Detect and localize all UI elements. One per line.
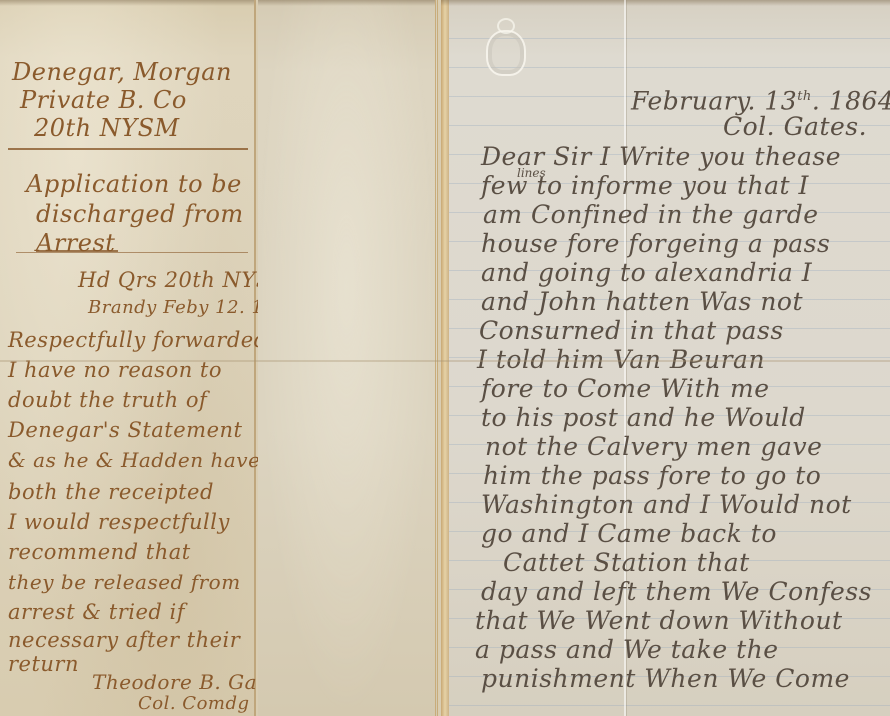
letter-line: go and I Came back to <box>481 519 777 548</box>
docket-name: Denegar, Morgan <box>12 58 232 86</box>
letter-line: house fore forgeing a pass <box>481 229 830 258</box>
letter-line: not the Calvery men gave <box>485 432 822 461</box>
letter-line: him the pass fore to go to <box>483 461 821 490</box>
letter-date: February. 13th. 1864 <box>631 82 890 115</box>
letter-line: that We Went down Without <box>475 606 843 635</box>
endorsement-line: & as he & Hadden have <box>8 446 260 474</box>
horizontal-fold-line <box>0 360 890 362</box>
letter-date-year: . 1864 <box>812 86 890 115</box>
middle-panel-blank <box>258 0 438 716</box>
top-edge-shadow <box>441 0 890 6</box>
endorsement-line: Respectfully forwarded. <box>8 326 275 354</box>
endorsement-line: doubt the truth of <box>8 386 207 414</box>
endorsement-line: both the receipted <box>8 478 214 506</box>
endorsement-line: arrest & tried if <box>8 598 185 626</box>
endorsement-line: Denegar's Statement <box>8 416 242 444</box>
right-panel-letter: February. 13th. 1864 Col. Gates. Dear Si… <box>441 0 890 716</box>
subject-rule <box>16 252 248 253</box>
letter-line: Consurned in that pass <box>479 316 784 345</box>
letter-line: day and left them We Confess <box>481 577 872 606</box>
letter-line: Cattet Station that <box>503 548 750 577</box>
letter-line: to his post and he Would <box>481 403 806 432</box>
endorsement-line: they be released from <box>8 568 241 596</box>
endorsement-line: I would respectfully <box>8 508 230 536</box>
endorsement-line: recommend that <box>8 538 191 566</box>
letter-line: fore to Come With me <box>481 374 770 403</box>
top-edge-shadow <box>0 0 254 6</box>
letter-date-day: February. 13 <box>631 86 797 115</box>
letter-date-suffix: th <box>797 89 812 104</box>
docket-regiment: 20th NYSM <box>34 114 180 142</box>
docket-rule <box>8 148 248 150</box>
endorsement-line: return <box>8 650 79 678</box>
letter-line: punishment When We Come <box>481 664 850 693</box>
letter-line: few to informe you that I <box>481 171 809 200</box>
docket-rank-company: Private B. Co <box>20 86 187 114</box>
embossed-seal-icon <box>486 30 526 76</box>
letter-line: a pass and We take the <box>475 635 779 664</box>
letter-line: am Confined in the garde <box>483 200 819 229</box>
top-edge-shadow <box>258 0 435 6</box>
letter-line: and John hatten Was not <box>481 287 803 316</box>
subject-line-1: Application to be <box>26 170 242 198</box>
letter-line: Washington and I Would not <box>481 490 852 519</box>
letter-addressee: Col. Gates. <box>723 112 867 141</box>
left-panel-docket: Denegar, Morgan Private B. Co 20th NYSM … <box>0 0 256 716</box>
subject-line-2: discharged from <box>36 200 244 228</box>
endorsement-signature-title: Col. Comdg <box>138 690 250 716</box>
letter-scan: Denegar, Morgan Private B. Co 20th NYSM … <box>0 0 890 716</box>
letter-line: and going to alexandria I <box>481 258 812 287</box>
